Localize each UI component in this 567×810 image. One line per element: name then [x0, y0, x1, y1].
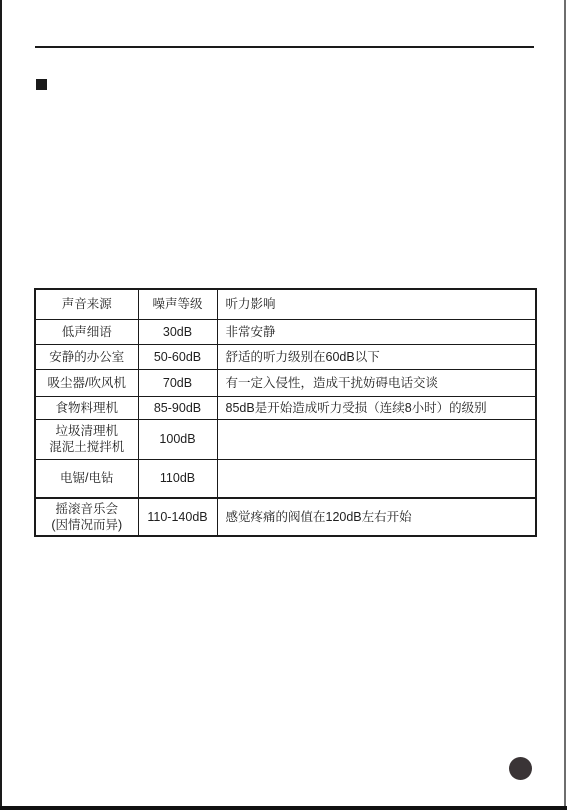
section-bullet-icon: [36, 79, 47, 90]
impact-cell: 舒适的听力级别在60dB以下: [217, 344, 536, 369]
noise-level-table: 声音来源 噪声等级 听力影响 低声细语 30dB 非常安静 安静的办公室 50-…: [34, 288, 537, 537]
source-line: (因情况而异): [36, 517, 138, 533]
table-header-row: 声音来源 噪声等级 听力影响: [35, 289, 536, 319]
source-line: 混泥土搅拌机: [36, 439, 138, 455]
impact-cell: [217, 419, 536, 459]
impact-cell: 非常安静: [217, 319, 536, 344]
scanned-document-page: 声音来源 噪声等级 听力影响 低声细语 30dB 非常安静 安静的办公室 50-…: [0, 0, 567, 810]
level-cell: 110-140dB: [138, 498, 217, 536]
source-cell: 食物料理机: [35, 396, 138, 419]
header-hearing-impact: 听力影响: [217, 289, 536, 319]
source-cell: 安静的办公室: [35, 344, 138, 369]
page-bottom-edge-bar: [0, 806, 567, 810]
table-row: 摇滚音乐会 (因情况而异) 110-140dB 感觉疼痛的阀值在120dB左右开…: [35, 498, 536, 536]
level-cell: 70dB: [138, 369, 217, 396]
source-cell: 电锯/电钻: [35, 459, 138, 498]
impact-cell: 感觉疼痛的阀值在120dB左右开始: [217, 498, 536, 536]
level-cell: 110dB: [138, 459, 217, 498]
level-cell: 85-90dB: [138, 396, 217, 419]
level-cell: 50-60dB: [138, 344, 217, 369]
page-right-edge-line: [564, 0, 566, 810]
source-cell: 摇滚音乐会 (因情况而异): [35, 498, 138, 536]
table-row: 垃圾清理机 混泥土搅拌机 100dB: [35, 419, 536, 459]
source-line: 垃圾清理机: [36, 423, 138, 439]
page-left-edge-line: [0, 0, 2, 810]
table-row: 安静的办公室 50-60dB 舒适的听力级别在60dB以下: [35, 344, 536, 369]
impact-cell: 85dB是开始造成听力受损（连续8小时）的级别: [217, 396, 536, 419]
table-row: 吸尘器/吹风机 70dB 有一定入侵性，造成干扰妨碍电话交谈: [35, 369, 536, 396]
header-noise-level: 噪声等级: [138, 289, 217, 319]
page-number-dot: [509, 757, 532, 780]
table-row: 低声细语 30dB 非常安静: [35, 319, 536, 344]
level-cell: 30dB: [138, 319, 217, 344]
header-sound-source: 声音来源: [35, 289, 138, 319]
source-cell: 垃圾清理机 混泥土搅拌机: [35, 419, 138, 459]
table-row: 食物料理机 85-90dB 85dB是开始造成听力受损（连续8小时）的级别: [35, 396, 536, 419]
table-row: 电锯/电钻 110dB: [35, 459, 536, 498]
header-rule: [35, 46, 534, 48]
source-line: 摇滚音乐会: [36, 501, 138, 517]
impact-cell: 有一定入侵性，造成干扰妨碍电话交谈: [217, 369, 536, 396]
level-cell: 100dB: [138, 419, 217, 459]
impact-cell: [217, 459, 536, 498]
source-cell: 吸尘器/吹风机: [35, 369, 138, 396]
source-cell: 低声细语: [35, 319, 138, 344]
